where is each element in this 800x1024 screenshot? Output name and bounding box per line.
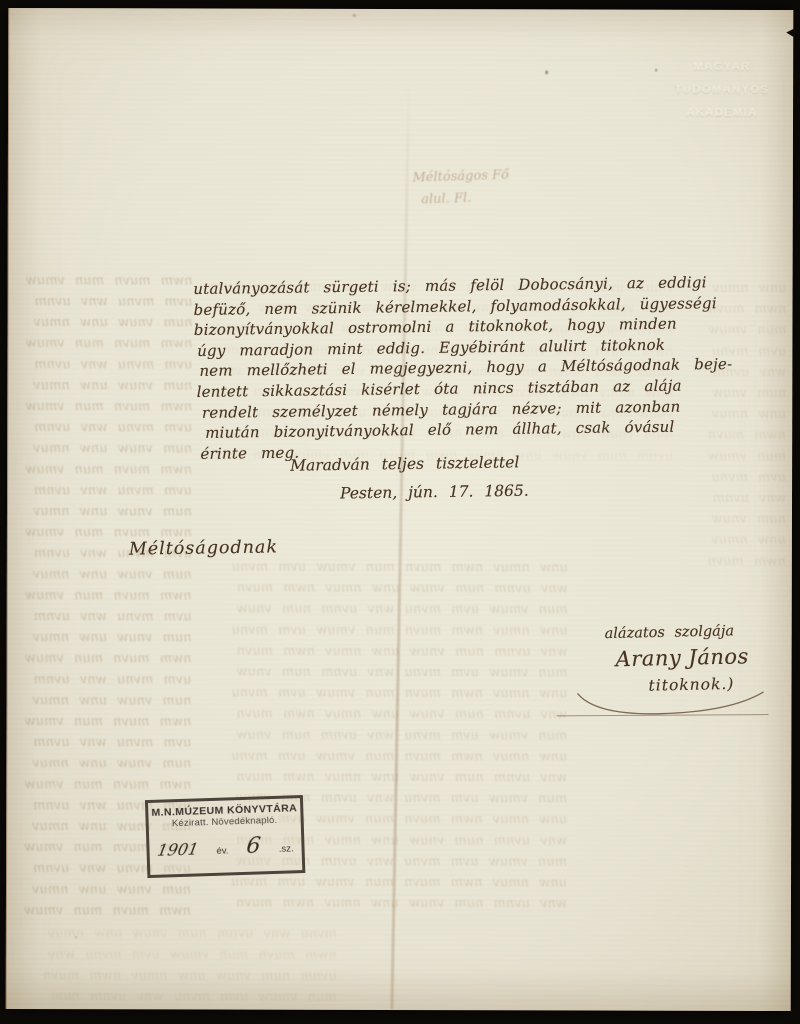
closing-line: Maradván teljes tisztelettel bbox=[290, 453, 519, 474]
age-spot bbox=[75, 936, 77, 938]
faint-note-line: alul. Fl. bbox=[413, 187, 510, 212]
embossed-stamp-line: MAGYAR bbox=[657, 56, 787, 79]
embossed-stamp-line: AKADÉMIA bbox=[657, 102, 787, 125]
signature-name: Arany János bbox=[615, 644, 749, 671]
embossed-academy-stamp: MAGYAR TUDOMÁNYOS AKADÉMIA bbox=[657, 56, 787, 125]
showthrough-texture: nwm muvn mun vmuw uvm mvnu wnv uvnm num … bbox=[9, 8, 793, 10]
embossed-stamp-line: TUDOMÁNYOS bbox=[657, 79, 787, 102]
faint-pencil-note: Méltóságos Fő alul. Fl. bbox=[412, 165, 510, 212]
stamp-number-value: 6 bbox=[245, 833, 262, 859]
salutation: Méltóságodnak bbox=[129, 537, 278, 559]
stamp-year-label: év. bbox=[216, 845, 228, 856]
stamp-year-value: 1901 bbox=[156, 839, 200, 859]
age-spot bbox=[352, 14, 356, 17]
paper-edge-nick bbox=[786, 28, 795, 38]
letter-body: utalványozását sürgeti is; más felöl Dob… bbox=[193, 271, 770, 464]
scan-background: nwm muvn mun vmuw uvm mvnu wnv uvnm num … bbox=[0, 0, 800, 1024]
vertical-fold-crease bbox=[390, 79, 410, 1009]
signature-courtesy: alázatos szolgája bbox=[605, 623, 735, 642]
date-line: Pesten, jún. 17. 1865. bbox=[340, 482, 529, 503]
age-spot bbox=[545, 70, 548, 74]
stamp-number-label: .sz. bbox=[279, 843, 294, 854]
faint-note-line: Méltóságos Fő bbox=[412, 165, 509, 190]
library-stamp: M.N.MÚZEUM KÖNYVTÁRA Kéziratt. Növedékna… bbox=[145, 795, 305, 878]
letter-page: nwm muvn mun vmuw uvm mvnu wnv uvnm num … bbox=[6, 8, 794, 1011]
stamp-entry-row: 1901 év. 6 .sz. bbox=[149, 832, 302, 862]
